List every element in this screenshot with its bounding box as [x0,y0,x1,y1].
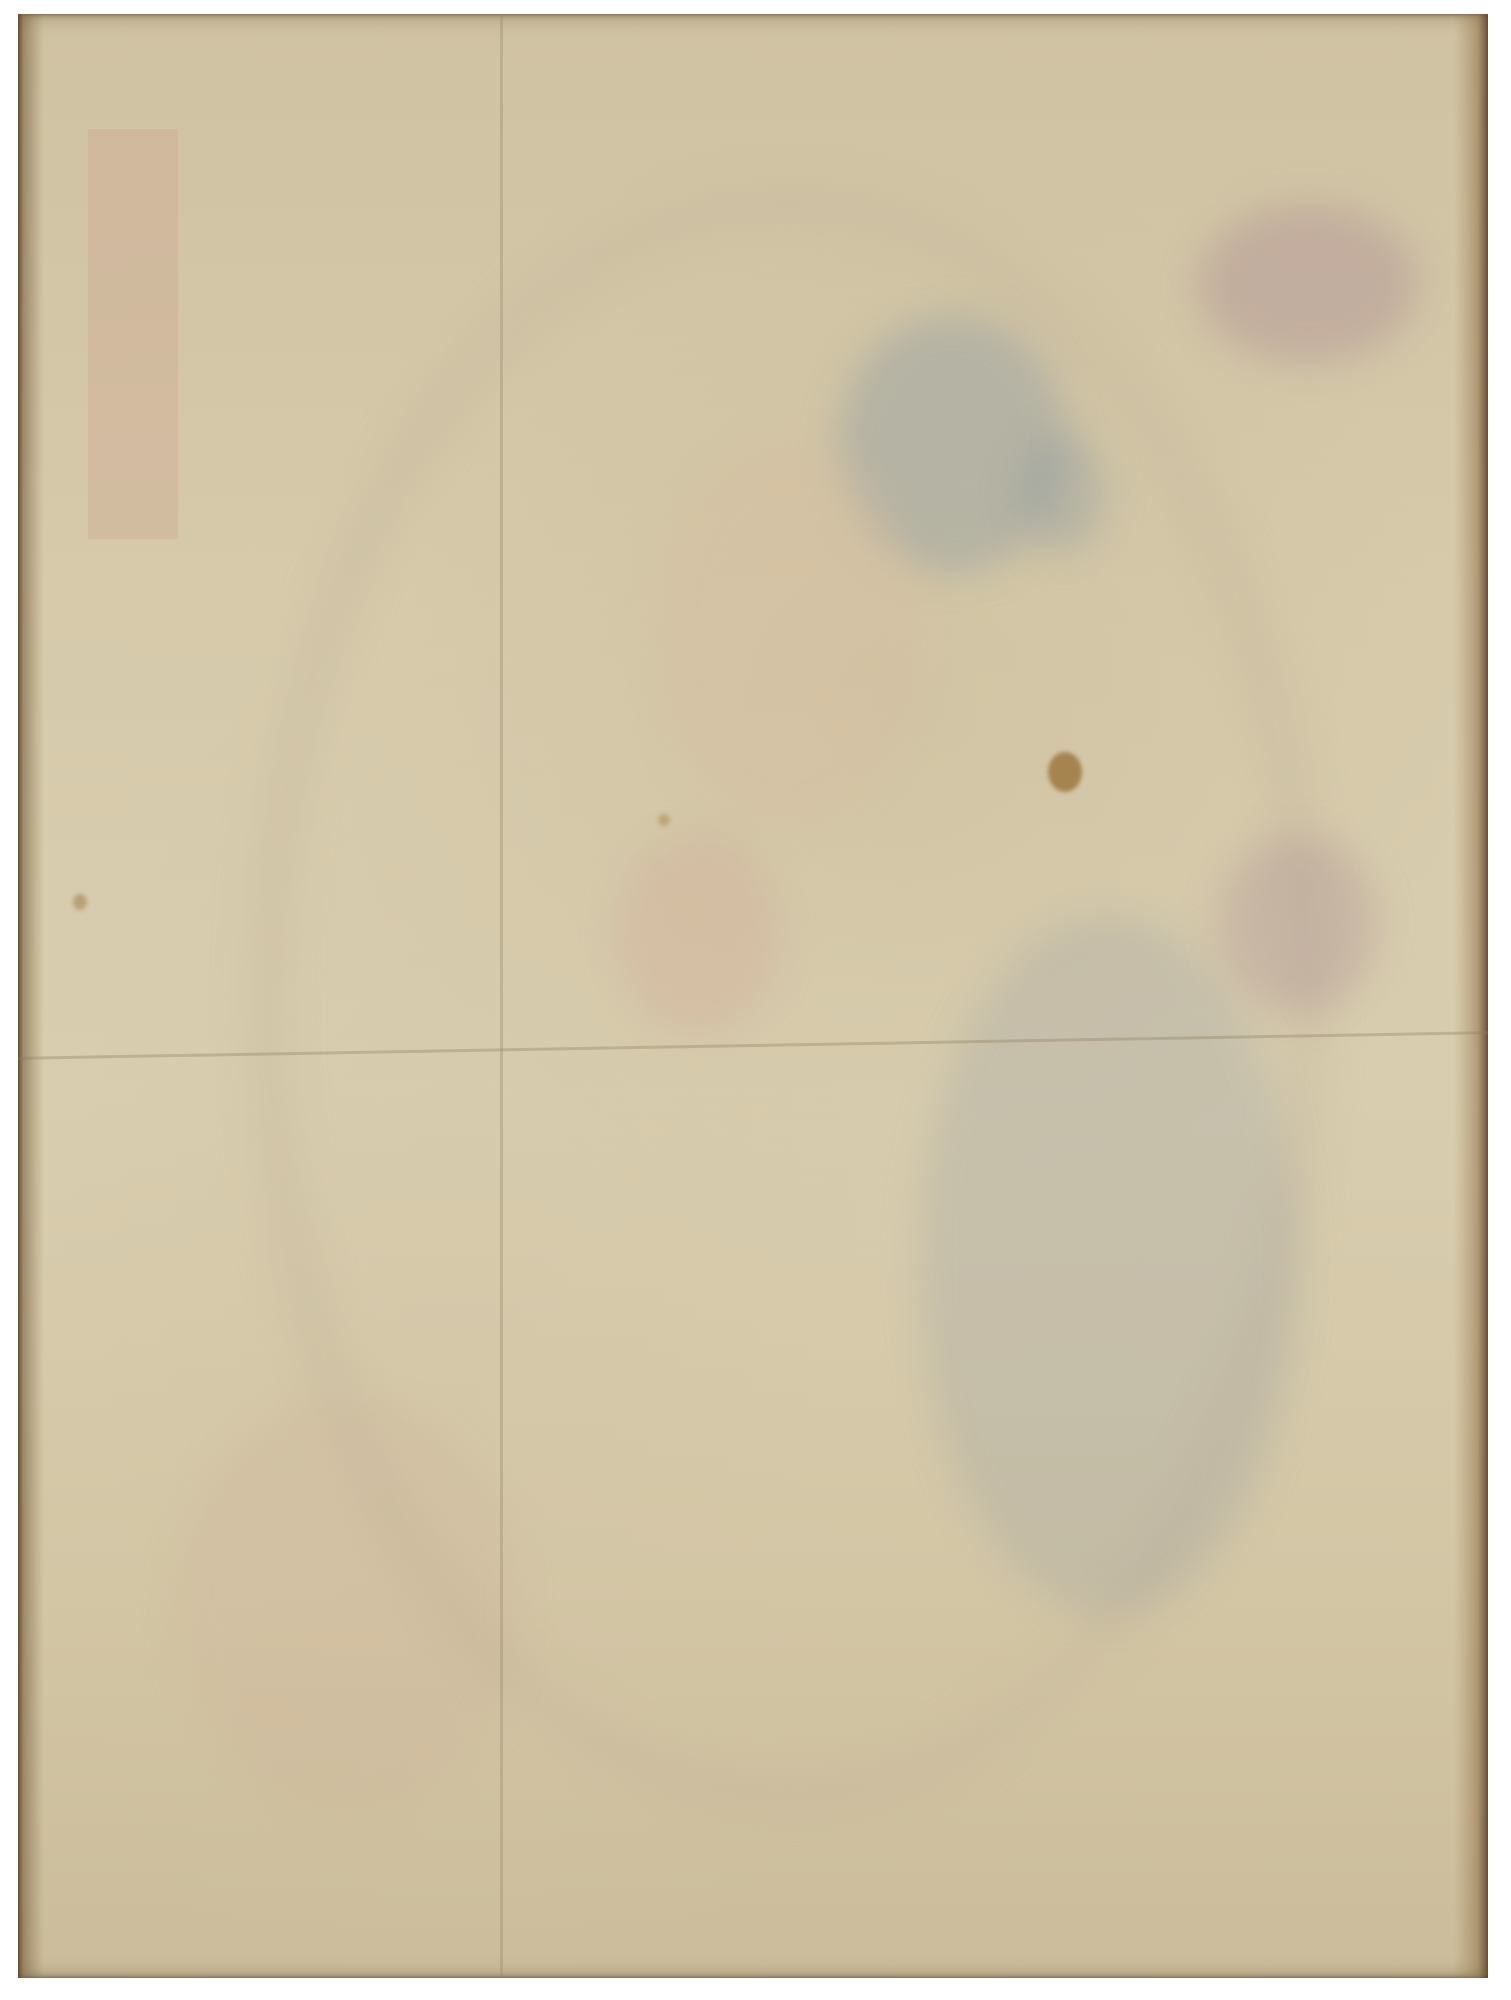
vertical-fold [500,14,503,1978]
robe-blue-bleed [918,914,1298,1614]
brown-stain [1048,752,1082,792]
robe-pink-bleed [618,834,778,1034]
hair-ornament-bleed [1018,434,1108,554]
title-cartouche-bleed [88,129,178,539]
lower-left-pink-bleed [178,1394,518,1814]
small-stain-left [73,894,87,910]
print-verso-paper [18,14,1488,1978]
purple-bleed-right [1218,834,1378,1014]
paper-right-edge [1454,14,1488,1978]
small-stain-center [658,814,670,826]
purple-bleed-top-right [1198,204,1418,364]
face-bleed [658,444,918,824]
paper-left-edge [18,14,44,1978]
